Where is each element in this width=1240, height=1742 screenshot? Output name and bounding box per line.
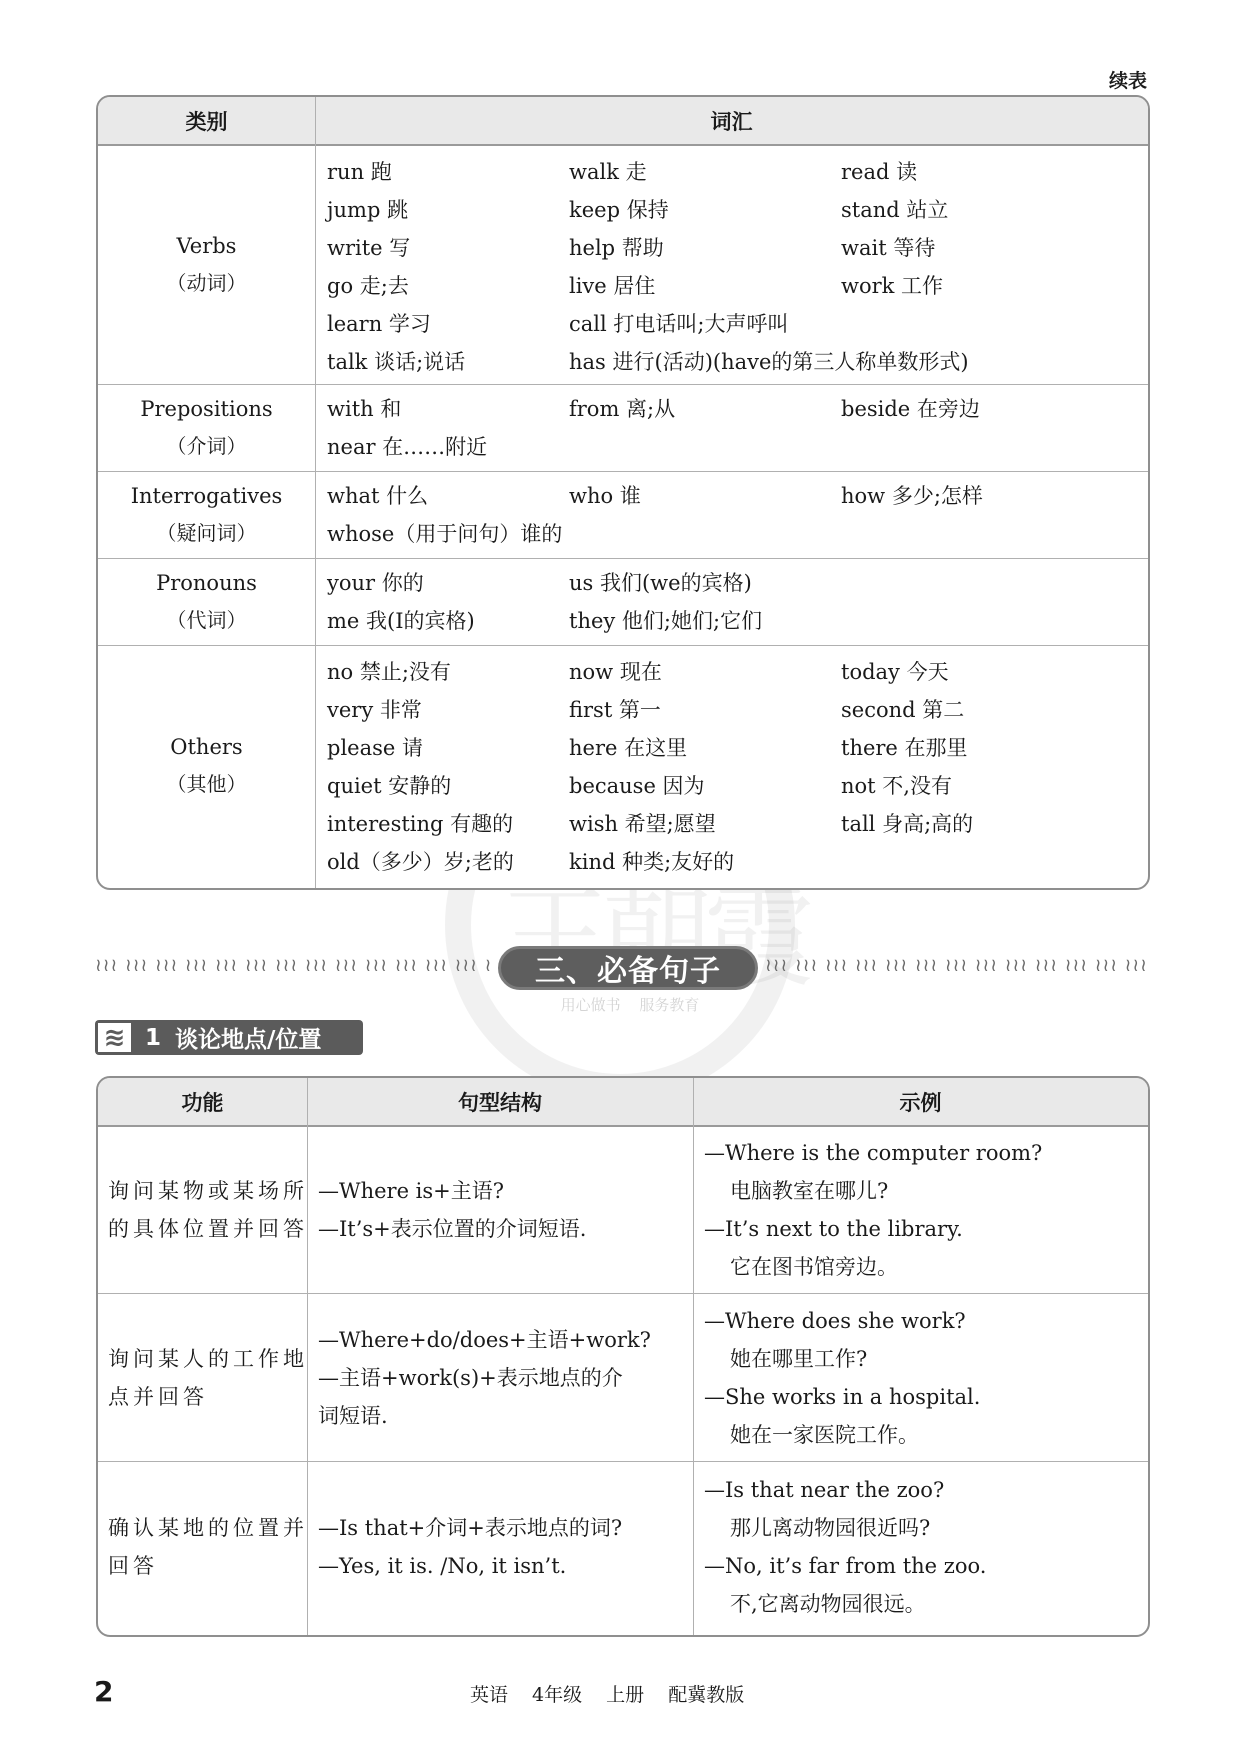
category-prepositions: Prepositions （介词） bbox=[98, 385, 315, 471]
header-vocabulary: 词汇 bbox=[315, 97, 1148, 144]
category-verbs: Verbs （动词） bbox=[98, 146, 315, 384]
others-words: no 禁止;没有now 现在today 今天 very 非常first 第一se… bbox=[327, 653, 1137, 881]
example-en: —She works in a hospital. bbox=[704, 1378, 1144, 1416]
word: now 现在 bbox=[569, 653, 662, 691]
category-zh: （代词） bbox=[167, 602, 247, 639]
word: they 他们;她们;它们 bbox=[569, 602, 762, 640]
category-zh: （其他） bbox=[167, 766, 247, 803]
word: today 今天 bbox=[841, 653, 949, 691]
category-en: Prepositions bbox=[140, 391, 272, 428]
word: kind 种类;友好的 bbox=[569, 843, 734, 881]
interrogatives-words: what 什么who 谁how 多少;怎样 whose（用于问句）谁的 bbox=[327, 477, 1137, 553]
word: quiet 安静的 bbox=[327, 767, 451, 805]
sentence-table: 功能 句型结构 示例 询问某物或某场所的具体位置并回答 —Where is+主语… bbox=[96, 1076, 1150, 1637]
header-pattern: 句型结构 bbox=[307, 1078, 693, 1125]
pattern-line: —主语+work(s)+表示地点的介 bbox=[318, 1359, 688, 1397]
example-cell: —Where is the computer room? 电脑教室在哪儿? —I… bbox=[704, 1127, 1144, 1293]
section-title: 三、必备句子 bbox=[498, 946, 758, 990]
page-number: 2 bbox=[94, 1675, 113, 1708]
example-en: —It’s next to the library. bbox=[704, 1210, 1144, 1248]
category-en: Interrogatives bbox=[131, 478, 283, 515]
vocab-table: 类别 词汇 Verbs （动词） run 跑walk 走read 读 jump … bbox=[96, 95, 1150, 890]
word: stand 站立 bbox=[841, 191, 948, 229]
header-example: 示例 bbox=[693, 1078, 1148, 1125]
example-cell: —Is that near the zoo? 那儿离动物园很近吗? —No, i… bbox=[704, 1462, 1144, 1632]
example-en: —Where does she work? bbox=[704, 1302, 1144, 1340]
function-cell: 询问某人的工作地点并回答 bbox=[108, 1294, 308, 1461]
header-category: 类别 bbox=[98, 97, 315, 144]
pronouns-words: your 你的us 我们(we的宾格) me 我(I的宾格)they 他们;她们… bbox=[327, 564, 1137, 640]
word: read 读 bbox=[841, 153, 917, 191]
subsection-number: 1 bbox=[145, 1025, 161, 1051]
word: help 帮助 bbox=[569, 229, 664, 267]
category-interrogatives: Interrogatives （疑问词） bbox=[98, 472, 315, 558]
column-divider bbox=[315, 97, 316, 888]
word: interesting 有趣的 bbox=[327, 805, 513, 843]
decor-line-left: ≀≀≀ ≀≀≀ ≀≀≀ ≀≀≀ ≀≀≀ ≀≀≀ ≀≀≀ ≀≀≀ ≀≀≀ ≀≀≀ … bbox=[95, 955, 490, 979]
word: jump 跳 bbox=[327, 191, 408, 229]
footer-book-info: 英语 4年级 上册 配冀教版 bbox=[470, 1680, 744, 1707]
continued-label: 续表 bbox=[1109, 66, 1147, 93]
word: us 我们(we的宾格) bbox=[569, 564, 752, 602]
category-zh: （动词） bbox=[167, 265, 247, 302]
word: walk 走 bbox=[569, 153, 647, 191]
header-function: 功能 bbox=[98, 1078, 307, 1125]
example-zh: 它在图书馆旁边。 bbox=[704, 1248, 1144, 1286]
category-en: Others bbox=[170, 729, 242, 766]
category-zh: （疑问词） bbox=[157, 515, 257, 552]
word: go 走;去 bbox=[327, 267, 409, 305]
word: here 在这里 bbox=[569, 729, 687, 767]
word: whose（用于问句）谁的 bbox=[327, 515, 562, 553]
pattern-line: —Is that+介词+表示地点的词? bbox=[318, 1509, 688, 1547]
example-en: —Is that near the zoo? bbox=[704, 1471, 1144, 1509]
pattern-line: —Yes, it is. /No, it isn’t. bbox=[318, 1547, 688, 1585]
pattern-cell: —Where is+主语? —It’s+表示位置的介词短语. bbox=[318, 1127, 688, 1293]
pattern-line: —It’s+表示位置的介词短语. bbox=[318, 1210, 688, 1248]
verbs-words: run 跑walk 走read 读 jump 跳keep 保持stand 站立 … bbox=[327, 153, 1137, 381]
word: work 工作 bbox=[841, 267, 943, 305]
subsection-tag: ≋ 1 谈论地点/位置 bbox=[95, 1020, 363, 1055]
word: tall 身高;高的 bbox=[841, 805, 973, 843]
example-zh: 不,它离动物园很远。 bbox=[704, 1585, 1144, 1623]
word: from 离;从 bbox=[569, 390, 675, 428]
example-zh: 她在哪里工作? bbox=[704, 1340, 1144, 1378]
category-en: Pronouns bbox=[156, 565, 257, 602]
example-zh: 电脑教室在哪儿? bbox=[704, 1172, 1144, 1210]
word: who 谁 bbox=[569, 477, 641, 515]
pattern-line: 词短语. bbox=[318, 1397, 688, 1435]
pattern-line: —Where+do/does+主语+work? bbox=[318, 1321, 688, 1359]
word: wait 等待 bbox=[841, 229, 935, 267]
word: wish 希望;愿望 bbox=[569, 805, 716, 843]
word: live 居住 bbox=[569, 267, 655, 305]
vocab-table-header: 类别 词汇 bbox=[98, 97, 1148, 146]
word: run 跑 bbox=[327, 153, 392, 191]
sentence-table-header: 功能 句型结构 示例 bbox=[98, 1078, 1148, 1127]
word: please 请 bbox=[327, 729, 423, 767]
example-cell: —Where does she work? 她在哪里工作? —She works… bbox=[704, 1294, 1144, 1461]
example-en: —Where is the computer room? bbox=[704, 1134, 1144, 1172]
pattern-cell: —Where+do/does+主语+work? —主语+work(s)+表示地点… bbox=[318, 1294, 688, 1461]
word: me 我(I的宾格) bbox=[327, 602, 475, 640]
watermark-motto: 用心做书 服务教育 bbox=[540, 994, 720, 1015]
function-cell: 询问某物或某场所的具体位置并回答 bbox=[108, 1127, 308, 1293]
category-others: Others （其他） bbox=[98, 646, 315, 886]
category-zh: （介词） bbox=[167, 428, 247, 465]
example-zh: 她在一家医院工作。 bbox=[704, 1416, 1144, 1454]
word: learn 学习 bbox=[327, 305, 431, 343]
word: your 你的 bbox=[327, 564, 424, 602]
word: because 因为 bbox=[569, 767, 705, 805]
word: what 什么 bbox=[327, 477, 428, 515]
word: there 在那里 bbox=[841, 729, 968, 767]
word: second 第二 bbox=[841, 691, 964, 729]
subsection-title: 谈论地点/位置 bbox=[175, 1021, 321, 1054]
column-divider bbox=[693, 1078, 694, 1635]
word: write 写 bbox=[327, 229, 410, 267]
example-en: —No, it’s far from the zoo. bbox=[704, 1547, 1144, 1585]
word: old（多少）岁;老的 bbox=[327, 843, 514, 881]
function-cell: 确认某地的位置并回答 bbox=[108, 1462, 308, 1632]
decor-line-right: ≀≀≀ ≀≀≀ ≀≀≀ ≀≀≀ ≀≀≀ ≀≀≀ ≀≀≀ ≀≀≀ ≀≀≀ ≀≀≀ … bbox=[765, 955, 1147, 979]
word: very 非常 bbox=[327, 691, 422, 729]
pattern-cell: —Is that+介词+表示地点的词? —Yes, it is. /No, it… bbox=[318, 1462, 688, 1632]
example-zh: 那儿离动物园很近吗? bbox=[704, 1509, 1144, 1547]
word: has 进行(活动)(have的第三人称单数形式) bbox=[569, 343, 969, 381]
word: first 第一 bbox=[569, 691, 661, 729]
pattern-line: —Where is+主语? bbox=[318, 1172, 688, 1210]
word: talk 谈话;说话 bbox=[327, 343, 465, 381]
waves-icon: ≋ bbox=[96, 1021, 133, 1054]
prepositions-words: with 和from 离;从beside 在旁边 near 在……附近 bbox=[327, 390, 1137, 466]
word: call 打电话叫;大声呼叫 bbox=[569, 305, 788, 343]
category-pronouns: Pronouns （代词） bbox=[98, 559, 315, 645]
word: how 多少;怎样 bbox=[841, 477, 983, 515]
word: near 在……附近 bbox=[327, 428, 487, 466]
word: no 禁止;没有 bbox=[327, 653, 451, 691]
word: with 和 bbox=[327, 390, 401, 428]
word: keep 保持 bbox=[569, 191, 669, 229]
category-en: Verbs bbox=[177, 228, 237, 265]
word: beside 在旁边 bbox=[841, 390, 980, 428]
word: not 不,没有 bbox=[841, 767, 952, 805]
